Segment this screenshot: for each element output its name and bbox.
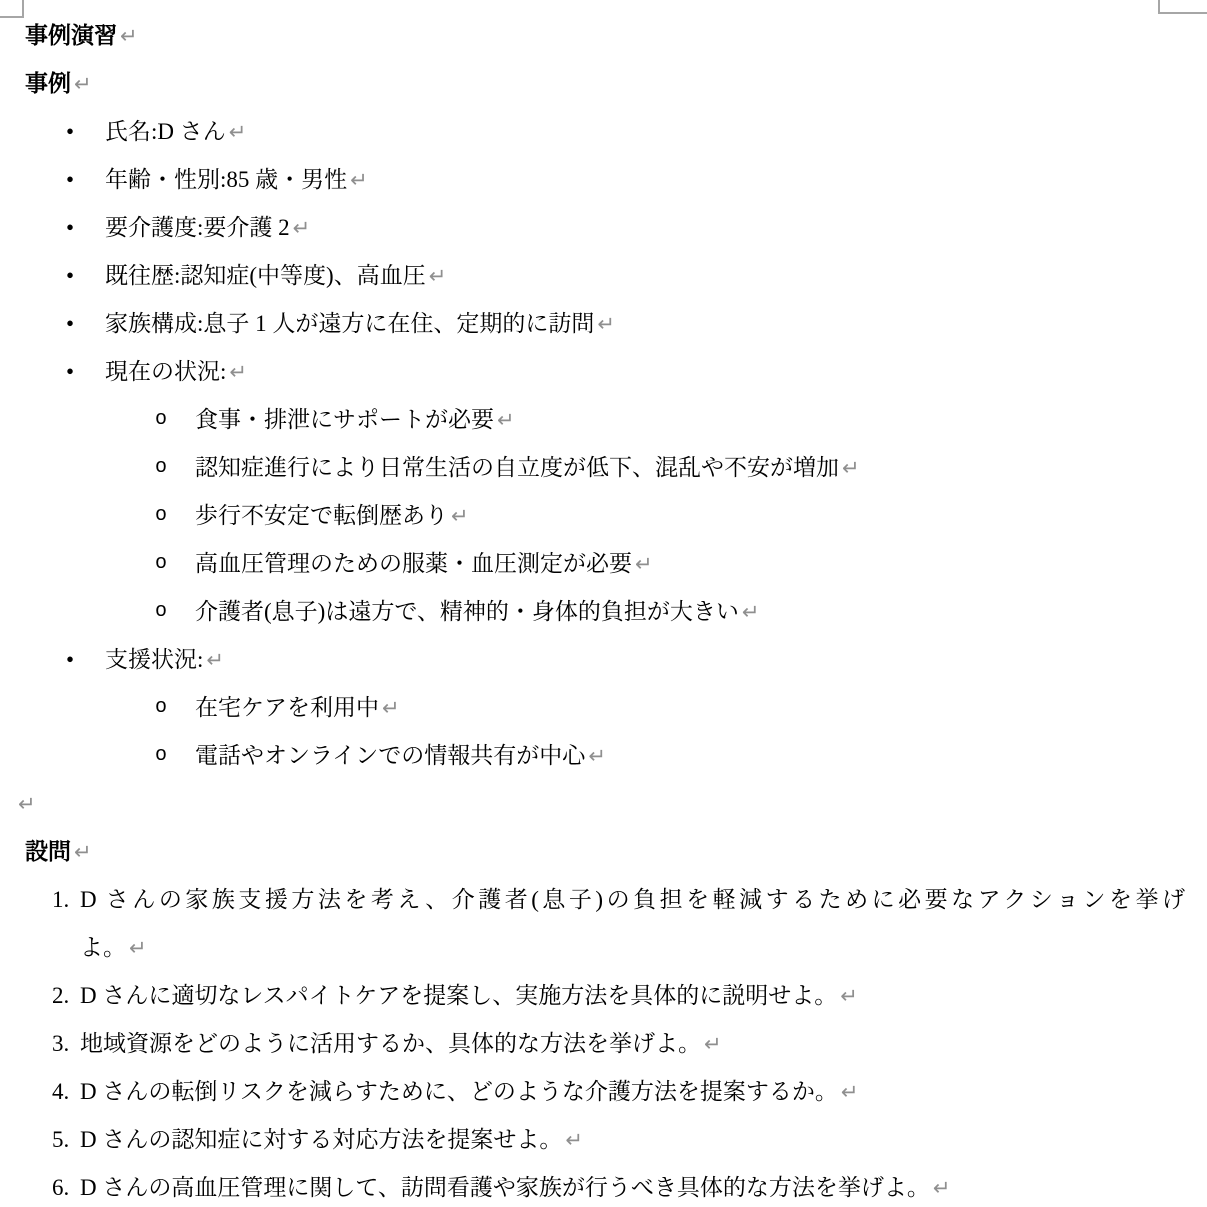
paragraph-mark-icon: ↵ bbox=[120, 24, 138, 48]
case-item-text: 電話やオンラインでの情報共有が中心 bbox=[195, 743, 585, 768]
question-item: 3.地域資源をどのように活用するか、具体的な方法を挙げよ。↵ bbox=[0, 1020, 1207, 1068]
question-item: 2.D さんに適切なレスパイトケアを提案し、実施方法を具体的に説明せよ。↵ bbox=[0, 972, 1207, 1020]
bullet-icon: • bbox=[66, 300, 74, 348]
case-bullet-item: •年齢・性別:85 歳・男性↵ bbox=[0, 156, 1207, 204]
heading-exercise: 事例演習↵ bbox=[0, 12, 1207, 60]
document-page: 事例演習↵ 事例↵ •氏名:D さん↵•年齢・性別:85 歳・男性↵•要介護度:… bbox=[0, 0, 1207, 1207]
question-text-line: D さんの認知症に対する対応方法を提案せよ。↵ bbox=[0, 1116, 1207, 1164]
question-text-line: D さんに適切なレスパイトケアを提案し、実施方法を具体的に説明せよ。↵ bbox=[0, 972, 1207, 1020]
paragraph-mark-icon: ↵ bbox=[588, 744, 606, 768]
paragraph-mark-icon: ↵ bbox=[74, 72, 92, 96]
paragraph-mark-icon: ↵ bbox=[18, 792, 36, 816]
question-item: 1.D さんの家族支援方法を考え、介護者(息子)の負担を軽減するために必要なアク… bbox=[0, 876, 1207, 972]
case-bullet-item: •氏名:D さん↵ bbox=[0, 108, 1207, 156]
question-text: 地域資源をどのように活用するか、具体的な方法を挙げよ。 bbox=[80, 1031, 701, 1056]
case-bullet-item: o在宅ケアを利用中↵ bbox=[0, 684, 1207, 732]
paragraph-mark-icon: ↵ bbox=[229, 360, 247, 384]
paragraph-mark-icon: ↵ bbox=[704, 1032, 722, 1056]
question-text-line: D さんの家族支援方法を考え、介護者(息子)の負担を軽減するために必要なアクショ… bbox=[0, 876, 1207, 924]
paragraph-mark-icon: ↵ bbox=[129, 936, 147, 960]
paragraph-mark-icon: ↵ bbox=[841, 1080, 859, 1104]
bullet-icon: • bbox=[66, 636, 74, 684]
bullet-icon: • bbox=[66, 348, 74, 396]
case-bullet-item: •現在の状況:↵ bbox=[0, 348, 1207, 396]
circle-bullet-icon: o bbox=[155, 444, 167, 492]
case-item-text: 認知症進行により日常生活の自立度が低下、混乱や不安が増加 bbox=[195, 455, 839, 480]
paragraph-mark-icon: ↵ bbox=[840, 984, 858, 1008]
paragraph-mark-icon: ↵ bbox=[597, 312, 615, 336]
paragraph-mark-icon: ↵ bbox=[933, 1176, 951, 1200]
case-bullet-item: •要介護度:要介護 2↵ bbox=[0, 204, 1207, 252]
case-bullet-item: o食事・排泄にサポートが必要↵ bbox=[0, 396, 1207, 444]
case-item-text: 既往歴:認知症(中等度)、高血圧 bbox=[105, 263, 426, 288]
paragraph-mark-icon: ↵ bbox=[451, 504, 469, 528]
case-item-text: 支援状況: bbox=[105, 647, 203, 672]
paragraph-mark-icon: ↵ bbox=[635, 552, 653, 576]
heading-case: 事例↵ bbox=[0, 60, 1207, 108]
circle-bullet-icon: o bbox=[155, 492, 167, 540]
case-bullet-item: •家族構成:息子 1 人が遠方に在住、定期的に訪問↵ bbox=[0, 300, 1207, 348]
case-item-text: 氏名:D さん bbox=[105, 119, 226, 144]
case-item-text: 歩行不安定で転倒歴あり bbox=[195, 503, 448, 528]
case-item-text: 要介護度:要介護 2 bbox=[105, 215, 290, 240]
heading-exercise-text: 事例演習 bbox=[25, 23, 117, 48]
paragraph-mark-icon: ↵ bbox=[382, 696, 400, 720]
paragraph-mark-icon: ↵ bbox=[565, 1128, 583, 1152]
paragraph-mark-icon: ↵ bbox=[742, 600, 760, 624]
case-bullet-item: o高血圧管理のための服薬・血圧測定が必要↵ bbox=[0, 540, 1207, 588]
case-item-text: 家族構成:息子 1 人が遠方に在住、定期的に訪問 bbox=[105, 311, 594, 336]
bullet-icon: • bbox=[66, 108, 74, 156]
bullet-icon: • bbox=[66, 156, 74, 204]
circle-bullet-icon: o bbox=[155, 540, 167, 588]
empty-paragraph: ↵ bbox=[0, 780, 1207, 828]
question-text: D さんの転倒リスクを減らすために、どのような介護方法を提案するか。 bbox=[80, 1079, 838, 1104]
bullet-icon: • bbox=[66, 204, 74, 252]
case-item-text: 高血圧管理のための服薬・血圧測定が必要 bbox=[195, 551, 632, 576]
case-bullet-item: •既往歴:認知症(中等度)、高血圧↵ bbox=[0, 252, 1207, 300]
question-text-line: D さんの高血圧管理に関して、訪問看護や家族が行うべき具体的な方法を挙げよ。↵ bbox=[0, 1164, 1207, 1207]
question-item: 5.D さんの認知症に対する対応方法を提案せよ。↵ bbox=[0, 1116, 1207, 1164]
question-text: D さんに適切なレスパイトケアを提案し、実施方法を具体的に説明せよ。 bbox=[80, 983, 837, 1008]
circle-bullet-icon: o bbox=[155, 732, 167, 780]
case-bullet-item: o認知症進行により日常生活の自立度が低下、混乱や不安が増加↵ bbox=[0, 444, 1207, 492]
case-bullet-item: o介護者(息子)は遠方で、精神的・身体的負担が大きい↵ bbox=[0, 588, 1207, 636]
circle-bullet-icon: o bbox=[155, 588, 167, 636]
paragraph-mark-icon: ↵ bbox=[74, 840, 92, 864]
heading-case-text: 事例 bbox=[25, 71, 71, 96]
paragraph-mark-icon: ↵ bbox=[497, 408, 515, 432]
paragraph-mark-icon: ↵ bbox=[206, 648, 224, 672]
case-item-text: 介護者(息子)は遠方で、精神的・身体的負担が大きい bbox=[195, 599, 739, 624]
heading-questions: 設問↵ bbox=[0, 828, 1207, 876]
case-bullet-item: o歩行不安定で転倒歴あり↵ bbox=[0, 492, 1207, 540]
question-item: 6.D さんの高血圧管理に関して、訪問看護や家族が行うべき具体的な方法を挙げよ。… bbox=[0, 1164, 1207, 1207]
circle-bullet-icon: o bbox=[155, 684, 167, 732]
question-item: 4.D さんの転倒リスクを減らすために、どのような介護方法を提案するか。↵ bbox=[0, 1068, 1207, 1116]
case-bullet-list: •氏名:D さん↵•年齢・性別:85 歳・男性↵•要介護度:要介護 2↵•既往歴… bbox=[0, 108, 1207, 780]
case-item-text: 在宅ケアを利用中 bbox=[195, 695, 379, 720]
case-item-text: 食事・排泄にサポートが必要 bbox=[195, 407, 494, 432]
paragraph-mark-icon: ↵ bbox=[350, 168, 368, 192]
bullet-icon: • bbox=[66, 252, 74, 300]
question-text: D さんの高血圧管理に関して、訪問看護や家族が行うべき具体的な方法を挙げよ。 bbox=[80, 1175, 930, 1200]
case-bullet-item: o電話やオンラインでの情報共有が中心↵ bbox=[0, 732, 1207, 780]
question-text: D さんの認知症に対する対応方法を提案せよ。 bbox=[80, 1127, 562, 1152]
paragraph-mark-icon: ↵ bbox=[429, 264, 447, 288]
question-text-line: D さんの転倒リスクを減らすために、どのような介護方法を提案するか。↵ bbox=[0, 1068, 1207, 1116]
question-text-line: 地域資源をどのように活用するか、具体的な方法を挙げよ。↵ bbox=[0, 1020, 1207, 1068]
heading-questions-text: 設問 bbox=[25, 839, 71, 864]
paragraph-mark-icon: ↵ bbox=[293, 216, 311, 240]
question-text: よ。 bbox=[80, 935, 126, 960]
question-text: D さんの家族支援方法を考え、介護者(息子)の負担を軽減するために必要なアクショ… bbox=[80, 887, 1185, 912]
case-item-text: 年齢・性別:85 歳・男性 bbox=[105, 167, 347, 192]
question-text-line: よ。↵ bbox=[0, 924, 1207, 972]
paragraph-mark-icon: ↵ bbox=[229, 120, 247, 144]
paragraph-mark-icon: ↵ bbox=[842, 456, 860, 480]
case-bullet-item: •支援状況:↵ bbox=[0, 636, 1207, 684]
question-list: 1.D さんの家族支援方法を考え、介護者(息子)の負担を軽減するために必要なアク… bbox=[0, 876, 1207, 1207]
case-item-text: 現在の状況: bbox=[105, 359, 226, 384]
circle-bullet-icon: o bbox=[155, 396, 167, 444]
